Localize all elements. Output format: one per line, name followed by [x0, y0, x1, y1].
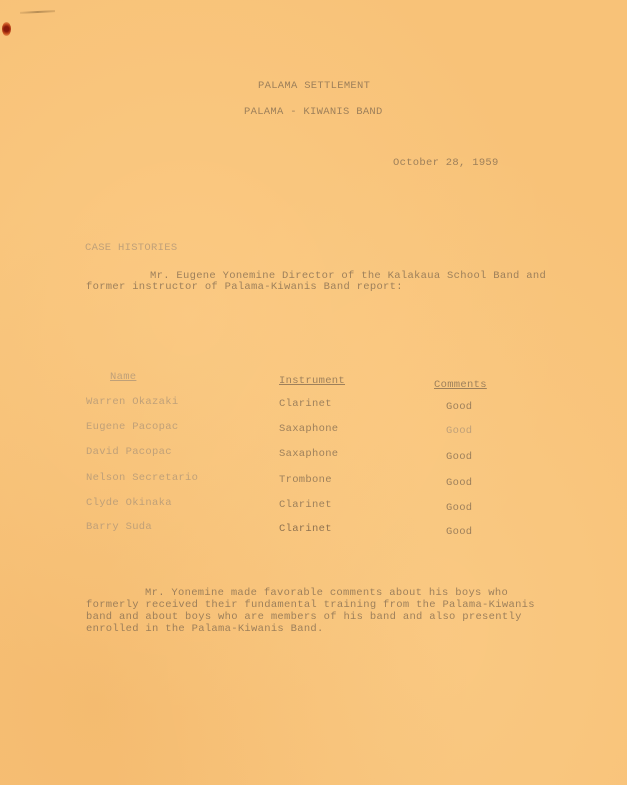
row-comment: Good [446, 425, 472, 437]
organization-title: PALAMA SETTLEMENT [258, 80, 370, 92]
row-instrument: Saxaphone [279, 448, 338, 460]
header-comments: Comments [434, 379, 487, 391]
row-name: Eugene Pacopac [86, 421, 178, 433]
row-comment: Good [446, 477, 472, 489]
intro-line-2: former instructor of Palama-Kiwanis Band… [86, 281, 403, 293]
row-instrument: Trombone [279, 474, 332, 486]
closing-line-3: band and about boys who are members of h… [86, 611, 522, 623]
row-name: Clyde Okinaka [86, 497, 172, 509]
row-instrument: Clarinet [279, 523, 332, 535]
closing-line-2: formerly received their fundamental trai… [86, 599, 535, 611]
row-instrument: Clarinet [279, 398, 332, 410]
row-comment: Good [446, 451, 472, 463]
row-instrument: Clarinet [279, 499, 332, 511]
header-name: Name [110, 371, 136, 383]
closing-line-4: enrolled in the Palama-Kiwanis Band. [86, 623, 324, 635]
ink-stain [2, 22, 11, 36]
row-comment: Good [446, 401, 472, 413]
row-name: Warren Okazaki [86, 396, 178, 408]
row-comment: Good [446, 502, 472, 514]
row-name: David Pacopac [86, 446, 172, 458]
row-instrument: Saxaphone [279, 423, 338, 435]
row-comment: Good [446, 526, 472, 538]
closing-line-1: Mr. Yonemine made favorable comments abo… [145, 587, 508, 599]
section-heading: CASE HISTORIES [85, 242, 177, 254]
header-instrument: Instrument [279, 375, 345, 387]
document-date: October 28, 1959 [393, 157, 499, 169]
row-name: Nelson Secretario [86, 472, 198, 484]
row-name: Barry Suda [86, 521, 152, 533]
document-subtitle: PALAMA - KIWANIS BAND [244, 106, 383, 118]
